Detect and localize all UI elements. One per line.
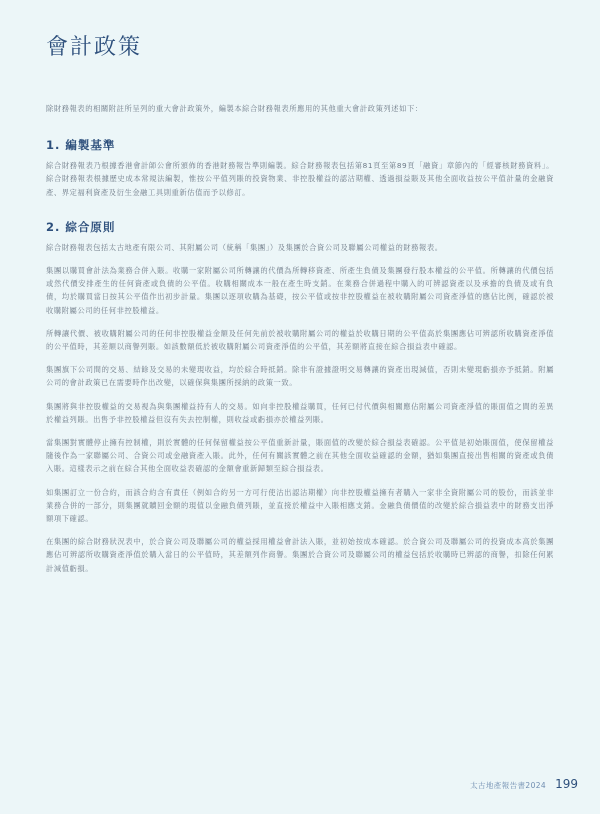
paragraph: 所轉讓代價、被收購附屬公司的任何非控股權益金額及任何先前於被收購附屬公司的權益於… (46, 327, 554, 353)
paragraph: 集團旗下公司間的交易、結餘及交易的未變現收益，均於綜合時抵銷。除非有證據證明交易… (46, 363, 554, 389)
paragraph: 集團將與非控股權益的交易視為與集團權益持有人的交易。如向非控股權益購買，任何已付… (46, 400, 554, 426)
page-footer: 太古地產報告書2024 199 (470, 777, 578, 791)
section-basis-of-preparation: 1. 編製基準 綜合財務報表乃根據香港會計師公會所頒佈的香港財務報告準則編製。綜… (46, 137, 554, 199)
document-body: 除財務報表的相關附註所呈列的重大會計政策外，編製本綜合財務報表所應用的其他重大會… (46, 102, 554, 595)
section-heading: 1. 編製基準 (46, 137, 554, 153)
section-principles-of-consolidation: 2. 綜合原則 綜合財務報表包括太古地產有限公司、其附屬公司（統稱「集團」）及集… (46, 219, 554, 575)
paragraph: 綜合財務報表乃根據香港會計師公會所頒佈的香港財務報告準則編製。綜合財務報表包括第… (46, 159, 554, 199)
paragraph: 當集團對實體停止擁有控制權，則於實體的任何保留權益按公平值重新計量，賬面值的改變… (46, 436, 554, 476)
paragraph: 如集團訂立一份合約，而該合約含有責任（例如合約另一方可行使沽出認沽期權）向非控股… (46, 486, 554, 526)
section-heading: 2. 綜合原則 (46, 219, 554, 235)
paragraph: 集團以購買會計法為業務合併入賬。收購一家附屬公司所轉讓的代價為所轉移資產、所產生… (46, 264, 554, 317)
intro-paragraph: 除財務報表的相關附註所呈列的重大會計政策外，編製本綜合財務報表所應用的其他重大會… (46, 102, 554, 115)
report-name: 太古地產報告書2024 (470, 780, 546, 791)
page-number: 199 (555, 777, 578, 791)
page-title: 會計政策 (46, 30, 142, 61)
paragraph: 綜合財務報表包括太古地產有限公司、其附屬公司（統稱「集團」）及集團於合資公司及聯… (46, 241, 554, 254)
paragraph: 在集團的綜合財務狀況表中，於合資公司及聯屬公司的權益採用權益會計法入賬，並初始按… (46, 535, 554, 575)
